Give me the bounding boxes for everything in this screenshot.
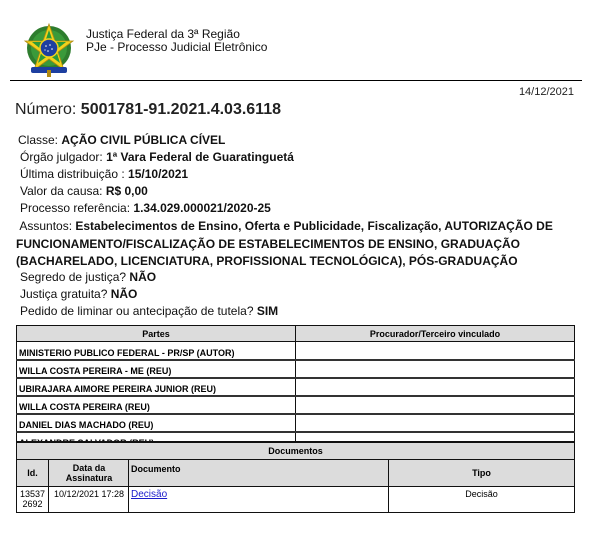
parte-name: UBIRAJARA AIMORE PEREIRA JUNIOR (REU) [17,378,296,396]
field-segredo: Segredo de justiça? NÃO [20,269,156,286]
assuntos-value: Estabelecimentos de Ensino, Oferta e Pub… [16,219,553,268]
doc-id-line2: 2692 [22,499,42,509]
field-distribuicao: Última distribuição : 15/10/2021 [20,166,188,183]
field-classe: Classe: AÇÃO CIVIL PÚBLICA CÍVEL [18,132,225,149]
documento-header: Documento [129,459,389,486]
distribuicao-value: 15/10/2021 [128,167,188,181]
field-assuntos: Assuntos: Estabelecimentos de Ensino, Of… [16,218,582,271]
referencia-value: 1.34.029.000021/2020-25 [133,201,270,215]
process-number: Número: 5001781-91.2021.4.03.6118 [15,101,281,119]
doc-id: 135372692 [17,486,49,512]
parte-name: MINISTERIO PUBLICO FEDERAL - PR/SP (AUTO… [17,342,296,360]
documentos-title: Documentos [17,442,575,459]
valor-label: Valor da causa: [20,184,106,198]
tipo-header: Tipo [389,459,575,486]
table-row: UBIRAJARA AIMORE PEREIRA JUNIOR (REU) [17,378,575,396]
doc-id-line1: 13537 [20,489,45,499]
field-orgao: Órgão julgador: 1ª Vara Federal de Guara… [20,149,294,166]
liminar-value: SIM [257,304,278,318]
process-number-label: Número: [15,101,81,118]
classe-value: AÇÃO CIVIL PÚBLICA CÍVEL [61,133,225,147]
field-valor: Valor da causa: R$ 0,00 [20,183,148,200]
procurador-header: Procurador/Terceiro vinculado [296,326,575,342]
referencia-label: Processo referência: [20,201,133,215]
field-referencia: Processo referência: 1.34.029.000021/202… [20,200,271,217]
partes-header: Partes [17,326,296,342]
gratuita-value: NÃO [111,287,138,301]
doc-link[interactable]: Decisão [131,489,167,500]
assuntos-label: Assuntos: [19,219,75,233]
header-divider [10,80,582,81]
parte-name: WILLA COSTA PEREIRA - ME (REU) [17,360,296,378]
classe-label: Classe: [18,133,61,147]
court-header: Justiça Federal da 3ª Região PJe - Proce… [86,28,267,54]
id-header: Id. [17,459,49,486]
parte-name: DANIEL DIAS MACHADO (REU) [17,414,296,432]
field-liminar: Pedido de liminar ou antecipação de tute… [20,303,278,320]
field-gratuita: Justiça gratuita? NÃO [20,286,137,303]
print-date: 14/12/2021 [519,86,574,98]
segredo-value: NÃO [129,270,156,284]
brasao-republica-icon [23,22,75,78]
distribuicao-label: Última distribuição : [20,167,128,181]
table-row: WILLA COSTA PEREIRA (REU) [17,396,575,414]
gratuita-label: Justiça gratuita? [20,287,111,301]
orgao-value: 1ª Vara Federal de Guaratinguetá [106,150,294,164]
table-row: DANIEL DIAS MACHADO (REU) [17,414,575,432]
data-assinatura-header: Data daAssinatura [49,459,129,486]
system-name: PJe - Processo Judicial Eletrônico [86,41,267,54]
doc-name-cell: Decisão [129,486,389,512]
doc-date: 10/12/2021 17:28 [49,486,129,512]
procurador-cell [296,342,575,360]
procurador-cell [296,414,575,432]
doc-tipo: Decisão [389,486,575,512]
data-header-line2: Assinatura [66,473,113,483]
data-header-line1: Data da [73,463,106,473]
process-number-value: 5001781-91.2021.4.03.6118 [81,101,281,118]
orgao-label: Órgão julgador: [20,150,106,164]
documentos-table: Documentos Id. Data daAssinatura Documen… [16,441,575,513]
procurador-cell [296,378,575,396]
table-row: 135372692 10/12/2021 17:28 Decisão Decis… [17,486,575,512]
parte-name: WILLA COSTA PEREIRA (REU) [17,396,296,414]
segredo-label: Segredo de justiça? [20,270,129,284]
partes-table: Partes Procurador/Terceiro vinculado MIN… [16,325,575,451]
table-row: WILLA COSTA PEREIRA - ME (REU) [17,360,575,378]
liminar-label: Pedido de liminar ou antecipação de tute… [20,304,257,318]
table-row: MINISTERIO PUBLICO FEDERAL - PR/SP (AUTO… [17,342,575,360]
valor-value: R$ 0,00 [106,184,148,198]
procurador-cell [296,396,575,414]
procurador-cell [296,360,575,378]
